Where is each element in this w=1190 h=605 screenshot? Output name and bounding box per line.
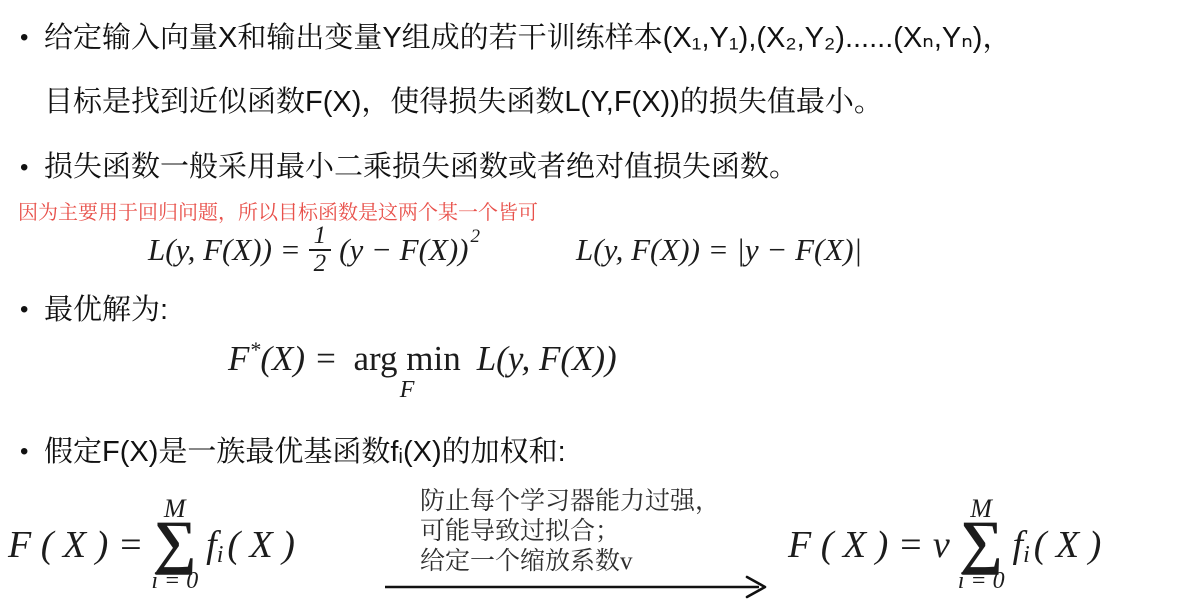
bullet-text: 最优解为:: [44, 291, 168, 329]
fraction-numerator: 1: [309, 223, 332, 251]
bullet-dot: •: [20, 149, 44, 186]
bullet-4-line: 假定F(X)是一族最优基函数fᵢ(X)的加权和:: [44, 432, 566, 472]
bullet-dot: •: [20, 291, 44, 329]
bullet-text: 损失函数一般采用最小二乘损失函数或者绝对值损失函数。: [44, 149, 798, 186]
bullet-1-line-2: 目标是找到近似函数F(X)，使得损失函数L(Y,F(X))的损失值最小。: [44, 70, 1011, 134]
formula-squared-loss: L(y, F(X)) = 1 2 (y − F(X)) 2: [148, 216, 480, 284]
bullet-item-optimal-solution: • 最优解为:: [20, 291, 168, 329]
summation-sigma: M ∑ i = 0: [153, 518, 196, 572]
bullet-1-line-1: 给定输入向量X和输出变量Y组成的若干训练样本(X₁,Y₁),(X₂,Y₂)...…: [44, 6, 1011, 70]
bullet-text: 给定输入向量X和输出变量Y组成的若干训练样本(X₁,Y₁),(X₂,Y₂)...…: [44, 6, 1011, 134]
bullet-item-loss-functions: • 损失函数一般采用最小二乘损失函数或者绝对值损失函数。: [20, 149, 798, 186]
bullet-item-weighted-sum: • 假定F(X)是一族最优基函数fᵢ(X)的加权和:: [20, 432, 566, 472]
arrow-note-line-1: 防止每个学习器能力过强，: [420, 487, 720, 517]
sum-lower-limit: i = 0: [958, 569, 1005, 593]
sum-upper-limit: M: [970, 496, 992, 522]
formula-argmin: F * (X) = arg min F L(y, F(X)): [228, 328, 617, 390]
summation-sigma: M ∑ i = 0: [960, 518, 1003, 572]
bullet-dot: •: [20, 6, 44, 70]
fraction-one-half: 1 2: [309, 223, 332, 278]
bullet-2-line: 损失函数一般采用最小二乘损失函数或者绝对值损失函数。: [44, 149, 798, 186]
formula-body: (y − F(X)): [339, 232, 468, 268]
f-symbol: f: [206, 523, 217, 567]
formula-rhs: L(y, F(X)): [477, 339, 617, 379]
formula-exponent: 2: [470, 226, 480, 248]
lhs-rest: (X) =: [260, 339, 337, 379]
formula-sum-right: F ( X ) = v M ∑ i = 0 f i ( X ): [788, 509, 1101, 581]
f-symbol: f: [1013, 523, 1024, 567]
argmin-subscript-F: F: [400, 377, 415, 404]
formula-sum-left: F ( X ) = M ∑ i = 0 f i ( X ): [8, 509, 295, 581]
arrow-annotation: 防止每个学习器能力过强， 可能导致过拟合； 给定一个缩放系数v: [420, 487, 720, 577]
right-arrow-icon: [383, 573, 777, 599]
formula-tail: ( X ): [227, 523, 295, 567]
argmin-label: arg min: [353, 339, 460, 378]
sum-upper-limit: M: [164, 496, 186, 522]
f-symbol: F: [228, 339, 249, 379]
argmin-operator: arg min F: [353, 339, 460, 379]
bullet-item-training-samples: • 给定输入向量X和输出变量Y组成的若干训练样本(X₁,Y₁),(X₂,Y₂).…: [20, 6, 1011, 134]
star-superscript: *: [249, 337, 260, 363]
formula-tail: ( X ): [1034, 523, 1102, 567]
bullet-3-line: 最优解为:: [44, 291, 168, 329]
formula-lhs: F ( X ) =: [8, 523, 143, 567]
arrow-note-line-2: 可能导致过拟合；: [420, 517, 720, 547]
formula-text: L(y, F(X)) = |y − F(X)|: [576, 232, 862, 268]
formula-lhs: F ( X ) = v: [788, 523, 950, 567]
f-subscript-i: i: [1023, 542, 1030, 569]
sum-lower-limit: i = 0: [151, 569, 198, 593]
bullet-text: 假定F(X)是一族最优基函数fᵢ(X)的加权和:: [44, 432, 566, 472]
fraction-denominator: 2: [309, 251, 332, 277]
formula-absolute-loss: L(y, F(X)) = |y − F(X)|: [576, 216, 862, 284]
formula-lhs-fstar: F * (X) =: [228, 339, 337, 379]
bullet-dot: •: [20, 432, 44, 472]
formula-lhs: L(y, F(X)) =: [148, 232, 301, 268]
f-subscript-i: i: [217, 542, 224, 569]
